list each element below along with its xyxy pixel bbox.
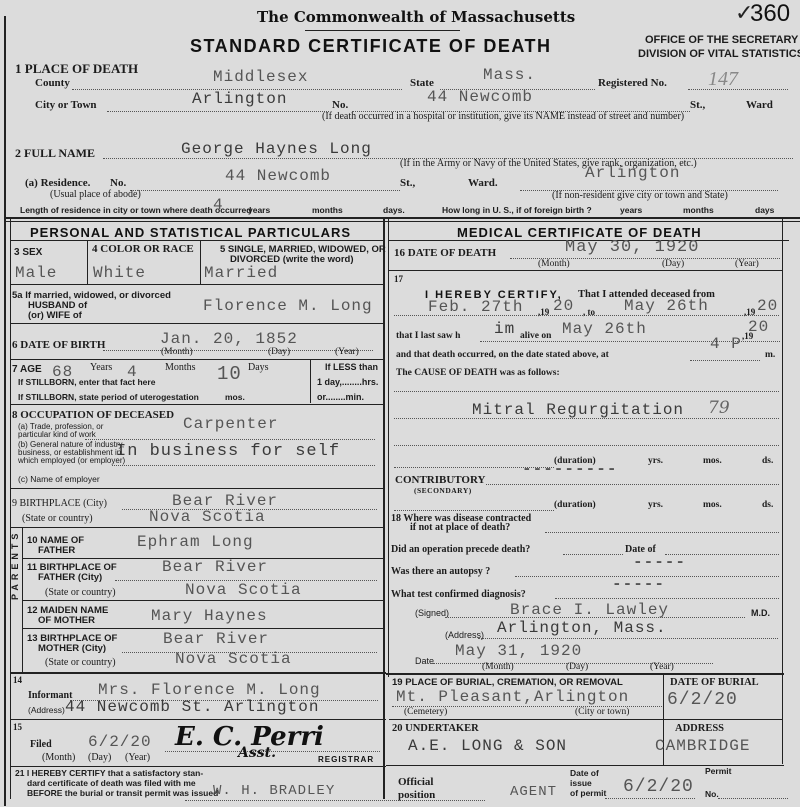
filed-label: Filed [30,739,52,750]
last-saw-date: May 26th [562,320,647,338]
registrar-signature-sub: Asst. [238,745,276,761]
full-name-value: George Haynes Long [181,140,372,158]
test-value: ----- [612,575,665,593]
city-value: Arlington [192,90,287,108]
agent-name: W. H. BRADLEY [213,783,335,799]
permit-label-2: No. [705,789,719,799]
filed-month-label: (Month) [42,752,75,763]
sign-date-label: Date [415,656,434,666]
autopsy-label: Was there an autopsy ? [391,566,490,577]
st-label: St., [690,99,705,111]
father-label-2: FATHER [38,545,75,556]
rule [10,323,384,324]
race-value: White [93,264,146,282]
operation-label: Did an operation precede death? [391,544,530,555]
place-of-death-label: 1 PLACE OF DEATH [15,61,138,77]
residence-line [130,190,400,191]
days-label: days. [383,205,405,215]
foreign-years-label: years [620,205,642,215]
cause-line-2 [394,418,779,419]
last-saw-year: 20 [748,318,769,336]
alive-on-label: alive on [520,331,551,341]
issue-label-1: Date of [570,768,599,778]
permit-label-1: Permit [705,766,731,776]
burial-date: 6/2/20 [667,690,738,710]
mother-bp-city: Bear River [163,630,269,648]
dob-day-label: (Day) [268,347,290,357]
occ-b-label-3: which employed (or employer) [18,456,125,465]
yrs-label-2: yrs. [648,500,663,510]
mother-value: Mary Haynes [151,607,268,625]
ds-label-1: ds. [762,456,773,466]
section-rule-top [4,217,800,219]
rule [200,240,201,284]
foreign-days-label: days [755,205,774,215]
operation-value: ----- [633,553,686,571]
birthplace-state-label: (State or country) [22,513,93,524]
issue-line [605,798,695,799]
page-number: 360 [750,0,790,28]
from-year-prefix: ,19 [538,307,549,317]
issue-label-3: of permit [570,788,606,798]
informant-number: 14 [13,675,22,685]
agent-line [185,800,485,801]
rule [10,359,384,360]
occupation-label: 8 OCCUPATION OF DECEASED [12,409,174,421]
stillborn-mos-label: mos. [225,392,245,402]
city-town-label: (City or town) [575,707,629,717]
left-inner-border [10,219,11,799]
contributory-line [486,484,779,485]
dod-month-label: (Month) [538,259,570,269]
stillborn-label-2: If STILLBORN, state period of uterogesta… [18,392,199,402]
rule [10,719,386,720]
burial-date-label: DATE OF BURIAL [670,677,759,688]
md-label: M.D. [751,608,770,618]
filed-year-label: (Year) [125,752,150,763]
informant-address: 44 Newcomb St. Arlington [65,698,319,716]
county-label: County [35,77,70,89]
street-value: 44 Newcomb [427,88,533,106]
attended-to: May 26th [624,297,709,315]
test-label: What test confirmed diagnosis? [391,589,526,600]
dob-value: Jan. 20, 1852 [160,330,298,348]
rule [10,488,384,489]
rule [310,359,311,403]
gothic-title: The Commonwealth of Massachusetts [257,8,575,26]
mother-label-2: OF MOTHER [38,615,95,626]
cemetery-label: (Cemetery) [404,707,447,717]
rule [10,240,384,241]
occurred-label: and that death occurred, on the date sta… [396,350,609,360]
duration-line-2 [394,510,554,511]
county-value: Middlesex [213,68,308,86]
permit-certify-2: dard certificate of death was filed with… [27,778,196,788]
industry-line [112,465,375,466]
m-label: m. [765,350,775,360]
burial-place-label: 19 PLACE OF BURIAL, CREMATION, OR REMOVA… [392,677,623,688]
years-label: years [248,205,270,215]
official-label-1: Official [398,776,433,788]
rule [389,719,783,720]
death-certificate: The Commonwealth of Massachusetts STANDA… [0,0,800,807]
sex-value: Male [15,264,57,282]
sex-label: 3 SEX [14,247,42,258]
official-position: AGENT [510,784,557,800]
rule [10,766,386,767]
less-than-label: If LESS than [325,362,378,372]
rule [10,672,386,674]
occ-line [85,439,375,440]
dod-label: 16 DATE OF DEATH [394,247,496,259]
section-rule-top-2 [4,221,800,222]
dob-year-label: (Year) [335,347,359,357]
dob-label: 6 DATE OF BIRTH [12,339,105,351]
yrs-label-1: yrs. [648,456,663,466]
cause-code: 79 [708,398,730,418]
registrar-label: REGISTRAR [318,755,374,764]
dob-month-label: (Month) [161,347,193,357]
day-hrs-label: 1 day,........hrs. [317,377,378,387]
filed-day-label: (Day) [88,752,111,763]
cause-value: Mitral Regurgitation [472,401,684,419]
or-min-label: or........min. [317,392,364,402]
spouse-value: Florence M. Long [203,297,373,315]
father-bp-state-label: (State or country) [45,587,116,598]
signed-label: (Signed) [415,608,449,618]
registered-number: 147 [708,68,738,91]
right-border [782,219,783,764]
rule [389,270,783,271]
nonresident-note: (If non-resident give city or town and S… [552,190,728,201]
residence-label: (a) Residence. [25,177,90,189]
mother-bp-label-2: MOTHER (City) [38,643,106,654]
occ-c-label: (c) Name of employer [18,474,100,484]
months-label: months [312,205,343,215]
issue-date: 6/2/20 [623,777,694,797]
rule [10,404,384,405]
to-label: , to [583,307,595,317]
mother-bp-country: Nova Scotia [175,650,292,668]
rule [10,527,384,528]
dod-year-label: (Year) [735,259,759,269]
city-line [107,111,329,112]
registered-line [688,89,788,90]
full-name-label: 2 FULL NAME [15,146,95,161]
cause-line-1 [394,391,779,392]
residence-st-label: St., [400,177,415,189]
sign-year-label: (Year) [650,662,674,672]
sign-day-label: (Day) [566,662,588,672]
marital-value: Married [204,264,278,282]
residence-city: Arlington [585,164,680,182]
length-years: 4 [213,196,224,214]
occupation-value: Carpenter [183,415,278,433]
hospital-note: (If death occurred in a hospital or inst… [322,111,684,122]
rule [87,240,88,284]
mother-bp-state-label: (State or country) [45,657,116,668]
physician-address: Arlington, Mass. [497,619,667,637]
contracted-label-2: if not at place of death? [410,522,510,533]
permit-certify-3: BEFORE the burial or transit permit was … [27,788,218,798]
permit-no-line [718,798,788,799]
father-bp-city: Bear River [162,558,268,576]
age-days: 10 [217,363,242,385]
center-divider-2 [388,219,389,677]
test-line [555,598,779,599]
residence-value: 44 Newcomb [225,167,331,185]
last-saw-pronoun: im [494,320,515,338]
residence-no-label: No. [110,177,126,189]
sign-date: May 31, 1920 [455,642,582,660]
contributory-value: --------- [522,460,617,478]
parents-side-label: PARENTS [10,530,20,600]
dod-day-label: (Day) [662,259,684,269]
physician-address-line [478,638,778,639]
burial-place: Mt. Pleasant,Arlington [396,688,629,706]
industry-value: In business for self [116,442,340,461]
last-saw-label: that I last saw h [396,331,460,341]
rule [22,600,384,601]
age-label: 7 AGE [12,364,42,375]
father-value: Ephram Long [137,533,254,551]
birthplace-label: 9 BIRTHPLACE (City) [12,498,107,509]
spouse-label-3: (or) WIFE of [28,310,82,321]
death-time: 4 P [710,335,742,353]
from-year: 20 [553,297,574,315]
to-year: 20 [757,297,778,315]
cert-number: 17 [394,274,403,284]
age-years-label: Years [90,362,112,373]
sign-month-label: (Month) [482,662,514,672]
rule [22,628,384,629]
ds-label-2: ds. [762,500,773,510]
stillborn-label-1: If STILLBORN, enter that fact here [18,377,155,387]
dob-line [103,350,373,351]
undertaker-label: 20 UNDERTAKER [392,723,479,734]
state-value: Mass. [483,66,536,84]
residence-sub: (Usual place of abode) [50,189,141,200]
no-label: No. [332,99,348,111]
informant-address-label: (Address) [28,705,65,715]
registered-label: Registered No. [598,77,667,89]
contributory-label: CONTRIBUTORY [395,474,485,486]
race-label: 4 COLOR OR RACE [92,243,194,255]
cause-label: The CAUSE OF DEATH was as follows: [396,368,560,378]
ward-label: Ward [746,99,773,111]
foreign-months-label: months [683,205,714,215]
mos-label-1: mos. [703,456,722,466]
occ-a-label-2: particular kind of work [18,430,96,439]
permit-certify-1: 21 I HEREBY CERTIFY that a satisfactory … [15,768,203,778]
city-label: City or Town [35,99,97,111]
rule [10,284,384,285]
contracted-line [545,532,779,533]
to-year-prefix: ,19 [744,307,755,317]
undertaker-address: CAMBRIDGE [655,737,750,755]
center-divider [383,219,385,799]
title-rule [305,30,460,31]
issue-label-2: issue [570,778,592,788]
page-title: STANDARD CERTIFICATE OF DEATH [190,36,551,57]
filed-date: 6/2/20 [88,733,152,751]
birthplace-country: Nova Scotia [149,508,266,526]
dod-value: May 30, 1920 [565,238,699,257]
time-line [690,360,760,361]
attended-from: Feb. 27th [428,298,523,316]
undertaker-address-label: ADDRESS [675,723,724,734]
age-months-label: Months [165,362,196,373]
father-bp-label-2: FATHER (City) [38,572,102,583]
office-line-2: DIVISION OF VITAL STATISTICS [638,48,800,60]
office-line-1: OFFICE OF THE SECRETARY [645,34,798,46]
cause-line-3 [394,445,779,446]
filed-number: 15 [13,722,22,732]
foreign-label: How long in U. S., if of foreign birth ? [442,205,592,215]
informant-name: Mrs. Florence M. Long [98,681,321,699]
physician-name: Brace I. Lawley [510,601,669,619]
official-label-2: position [398,789,435,801]
father-bp-country: Nova Scotia [185,581,302,599]
left-border [4,16,6,806]
duration-label-2: (duration) [554,500,596,510]
residence-ward-label: Ward. [468,177,498,189]
mos-label-2: mos. [703,500,722,510]
undertaker-value: A.E. LONG & SON [408,737,567,755]
operation-line [563,554,623,555]
rule [386,673,784,675]
age-days-label: Days [248,362,269,373]
secondary-label: (SECONDARY) [414,486,472,495]
personal-section-title: PERSONAL AND STATISTICAL PARTICULARS [30,225,351,240]
